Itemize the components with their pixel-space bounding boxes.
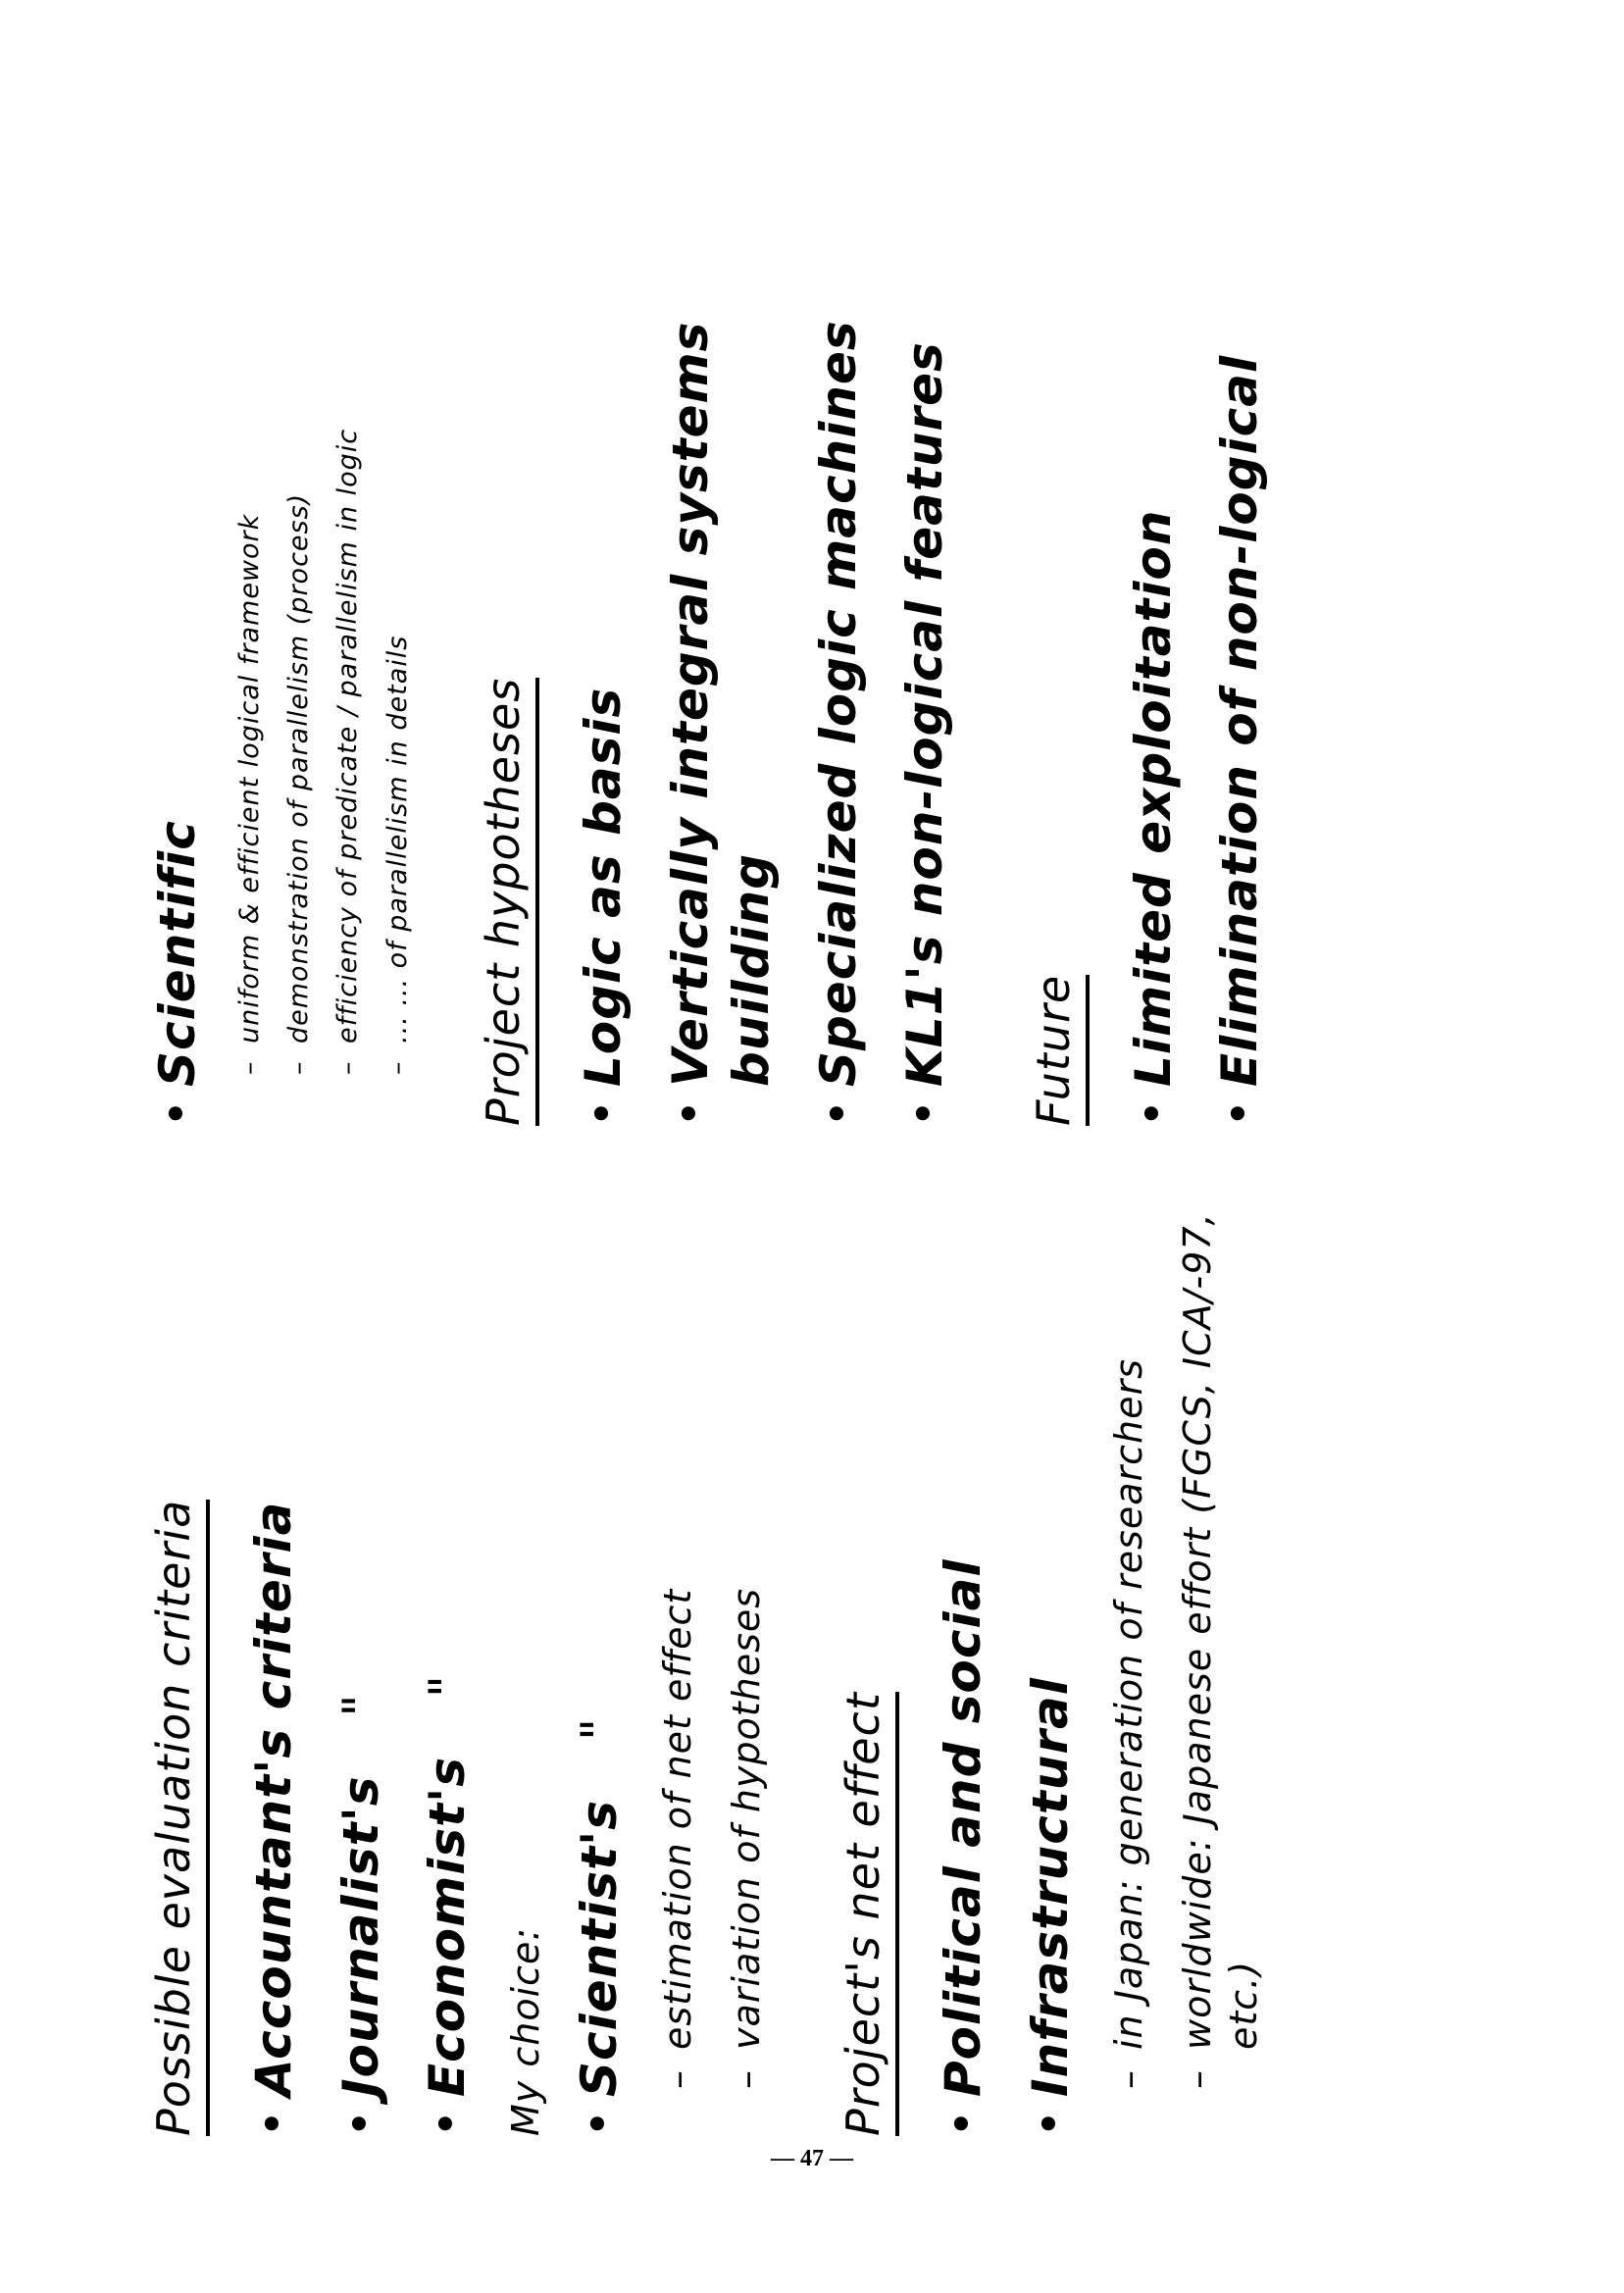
bullet-icon: • — [417, 2097, 478, 2136]
list-item: • Scientist's " — [569, 1155, 631, 2136]
bullet-icon: • — [330, 2097, 391, 2136]
bullet-icon: • — [147, 1087, 208, 1126]
dash-icon: – — [724, 2050, 771, 2089]
bullet-icon: • — [573, 1087, 634, 1126]
list-item: • KL1's non-logical features — [894, 86, 956, 1126]
bullet-icon: • — [894, 1087, 955, 1126]
list-item: • Scientific — [147, 86, 209, 1126]
sub-item: – in Japan: generation of researchers — [1106, 1155, 1153, 2089]
heading-evaluation-criteria: Possible evaluation criteria — [147, 1500, 210, 2136]
list-item: • Political and social — [933, 1155, 994, 2136]
bullet-icon: • — [1123, 1087, 1184, 1126]
left-column: Possible evaluation criteria • Accountan… — [147, 1155, 1290, 2136]
dash-icon: – — [332, 1044, 364, 1075]
list-item: • Accountant's criteria — [243, 1155, 305, 2136]
document-page: Possible evaluation criteria • Accountan… — [0, 0, 1624, 2293]
list-item: • Logic as basis — [573, 86, 634, 1126]
choice-label: My choice: — [504, 1155, 547, 2136]
sub-item: – ... ... of parallelism in details — [382, 86, 414, 1075]
sub-item: – variation of hypotheses — [724, 1155, 771, 2089]
bullet-icon: • — [808, 1087, 869, 1126]
dash-icon: – — [382, 1044, 414, 1075]
page-number: — 47 — — [0, 2146, 1624, 2172]
dash-icon: – — [234, 1044, 266, 1075]
heading-project-hypotheses: Project hypotheses — [477, 678, 539, 1126]
list-item: • Elimination of non-logical — [1209, 86, 1271, 1126]
sub-item: – demonstration of parallelism (process) — [283, 86, 315, 1075]
bullet-icon: • — [933, 2097, 993, 2136]
bullet-icon: • — [243, 2097, 304, 2136]
bullet-icon: • — [660, 1087, 721, 1126]
ditto-mark: " — [330, 1693, 392, 1716]
ditto-mark: " — [417, 1674, 479, 1698]
rotated-content: Possible evaluation criteria • Accountan… — [0, 0, 1624, 2293]
sub-item: – estimation of net effect — [655, 1155, 702, 2089]
dash-icon: – — [655, 2050, 702, 2089]
heading-net-effect: Project's net effect — [837, 1692, 899, 2136]
bullet-icon: • — [1209, 1087, 1270, 1126]
ditto-mark: " — [569, 1717, 631, 1741]
bullet-icon: • — [1020, 2097, 1081, 2136]
list-item: • Economist's " — [417, 1155, 479, 2136]
heading-future: Future — [1027, 975, 1090, 1126]
sub-item: – worldwide: Japanese effort (FGCS, ICA/… — [1175, 1155, 1268, 2089]
dash-icon: – — [1175, 2050, 1268, 2089]
bullet-icon: • — [569, 2097, 630, 2136]
list-item: • Infrastructural — [1020, 1155, 1082, 2136]
sub-item: – efficiency of predicate / parallelism … — [332, 86, 364, 1075]
list-item: • Specialized logic machines — [808, 86, 870, 1126]
dash-icon: – — [283, 1044, 315, 1075]
list-item: • Journalist's " — [330, 1155, 392, 2136]
list-item: • Limited exploitation — [1123, 86, 1185, 1126]
sub-item: – uniform & efficient logical framework — [234, 86, 266, 1075]
list-item: • Vertically integral systems building — [660, 86, 783, 1126]
dash-icon: – — [1106, 2050, 1153, 2089]
right-column: • Scientific – uniform & efficient logic… — [147, 86, 1296, 1126]
